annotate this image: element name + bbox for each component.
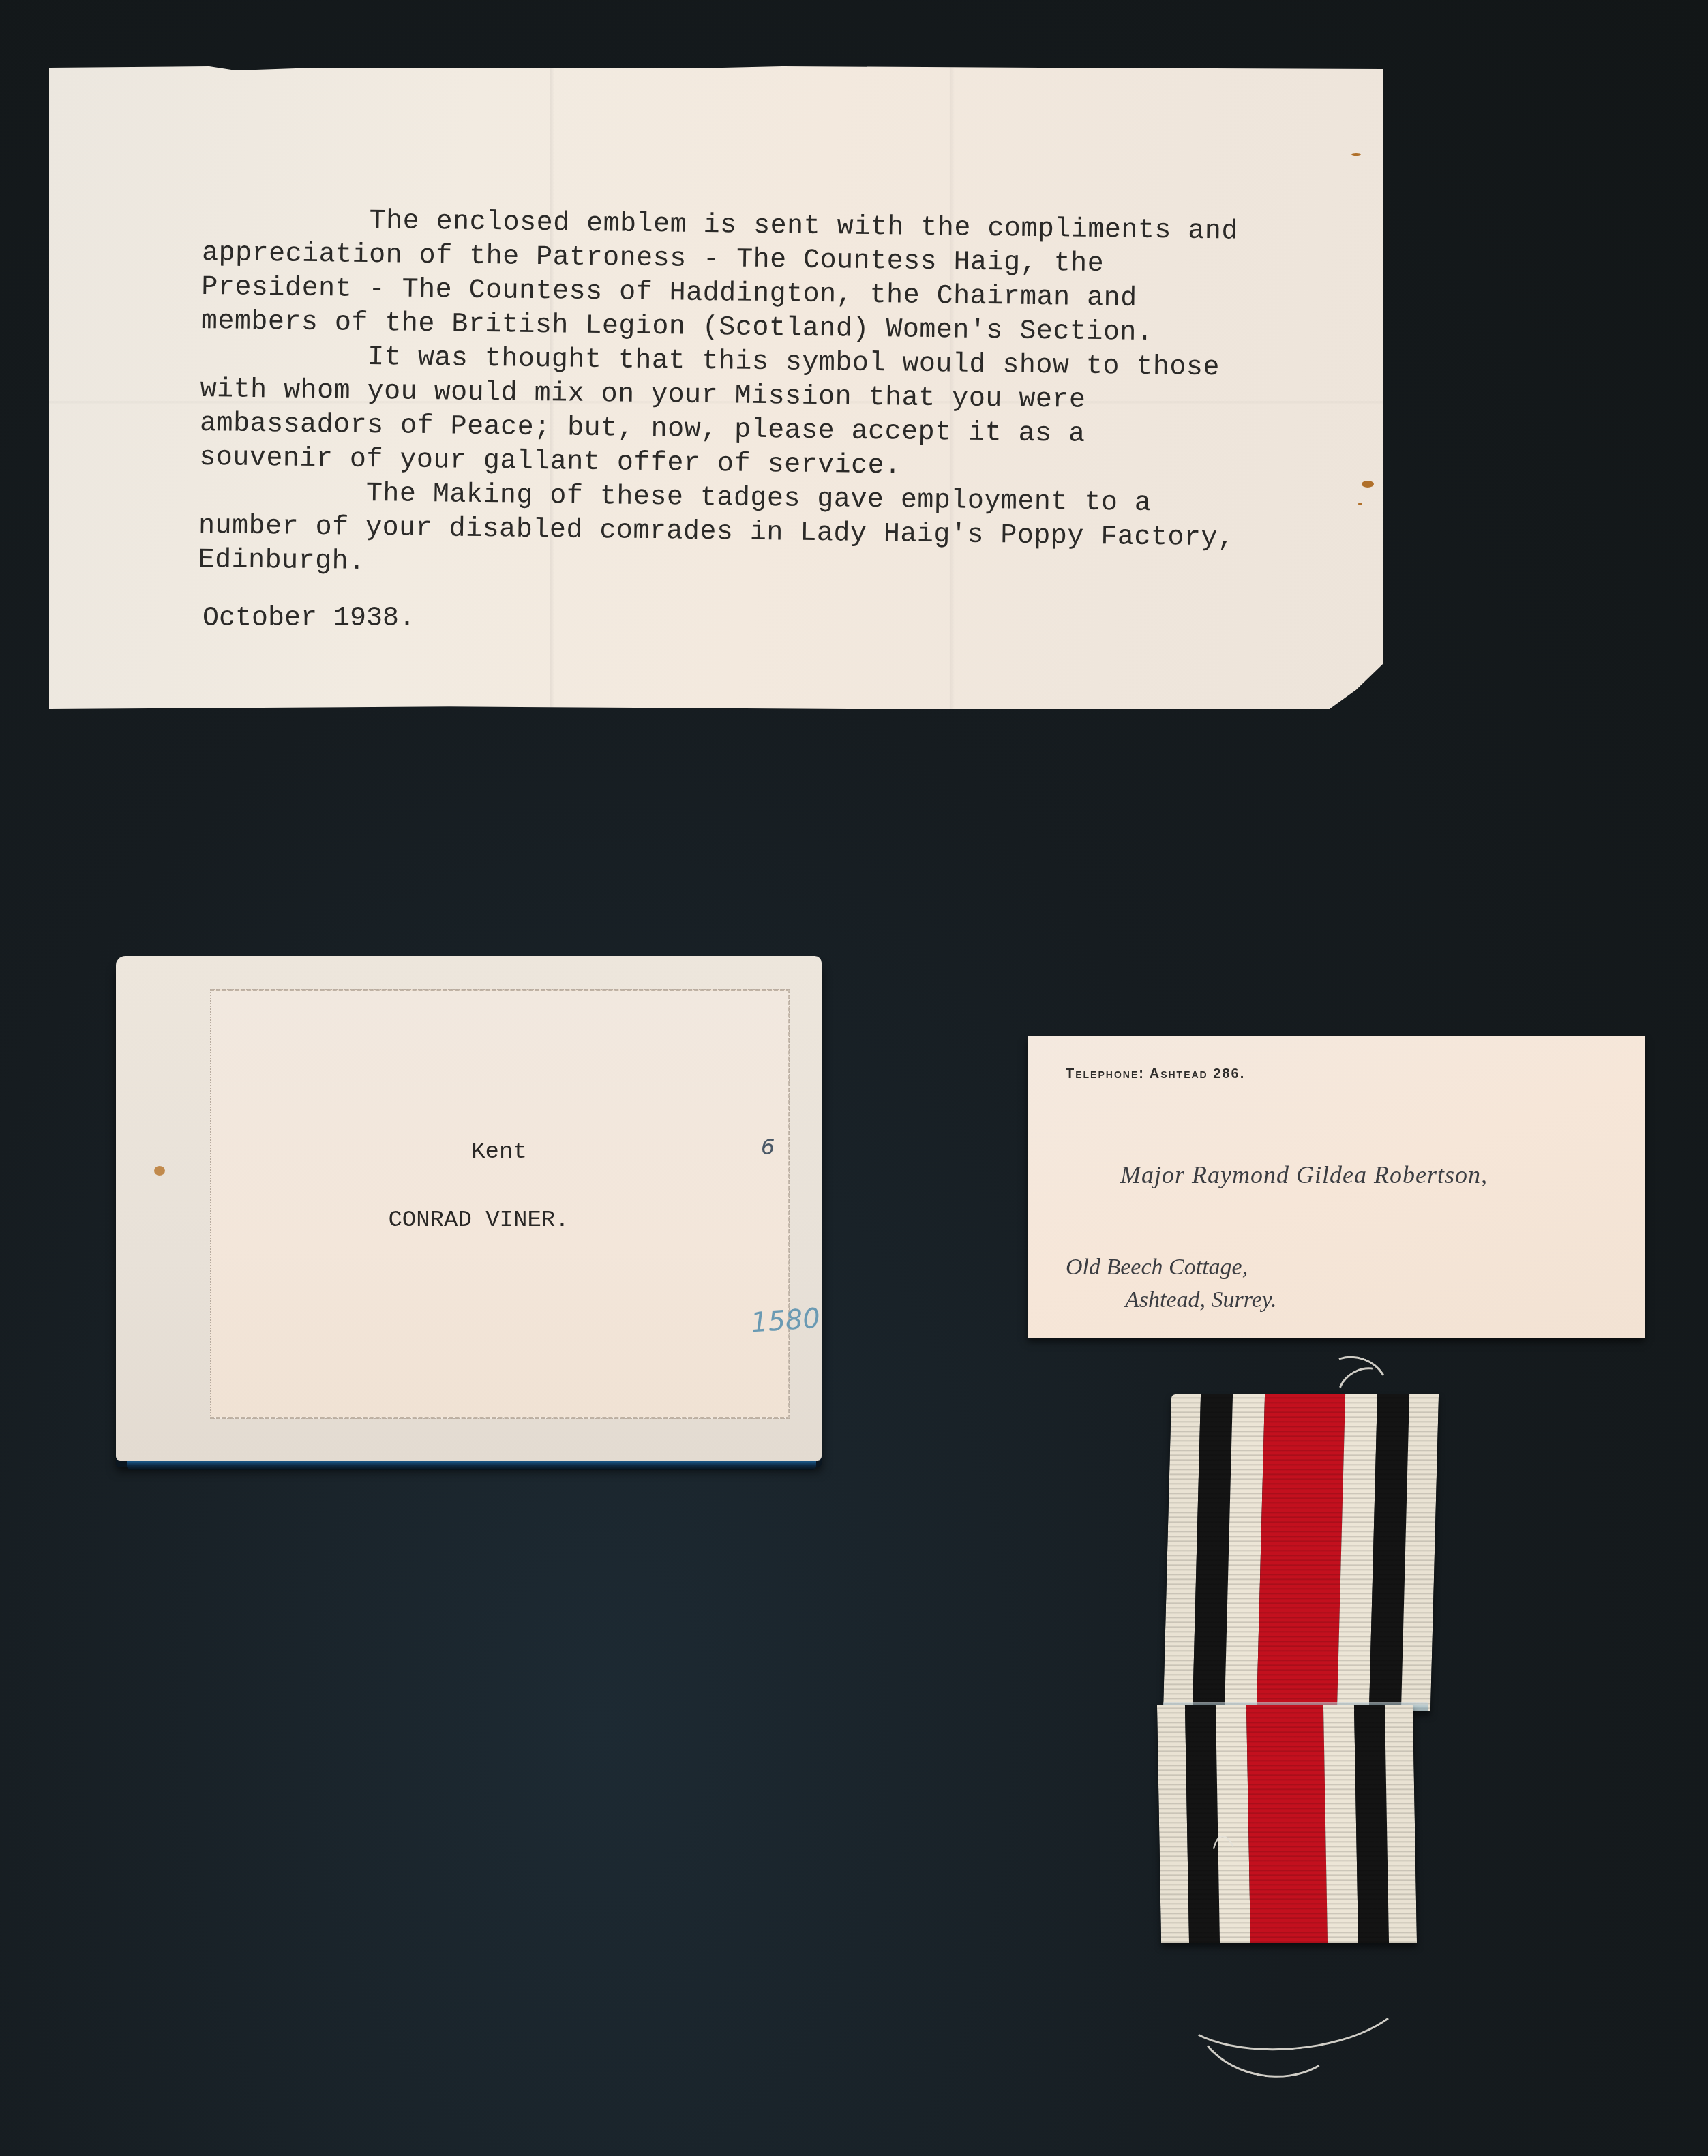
- badge-box: Kent CONRAD VINER. 6 1580: [116, 956, 822, 1461]
- letter-date: October 1938.: [203, 603, 415, 634]
- letter-body: The enclosed emblem is sent with the com…: [198, 203, 1362, 592]
- ribbon-stripe: [1257, 1394, 1345, 1711]
- typed-letter: The enclosed emblem is sent with the com…: [49, 66, 1383, 709]
- calling-card: Telephone: Ashtead 286. Major Raymond Gi…: [1028, 1036, 1645, 1338]
- medal-ribbon: [1118, 1357, 1432, 2121]
- box-label-name: CONRAD VINER.: [210, 1208, 788, 1233]
- rust-spot: [1362, 481, 1374, 488]
- card-address-line-2: Ashtead, Surrey.: [1125, 1287, 1277, 1313]
- pencil-number: 1580: [750, 1303, 822, 1339]
- ribbon-upper-fold: [1163, 1394, 1439, 1711]
- box-label: Kent CONRAD VINER. 6 1580: [210, 989, 790, 1419]
- mount-board: The enclosed emblem is sent with the com…: [0, 0, 1708, 2156]
- ribbon-stripe: [1354, 1705, 1389, 1943]
- card-telephone: Telephone: Ashtead 286.: [1066, 1066, 1245, 1082]
- box-label-county: Kent: [210, 1139, 788, 1165]
- ribbon-stripe: [1323, 1705, 1358, 1943]
- box-base-edge: [127, 1461, 816, 1470]
- stain: [154, 1166, 165, 1176]
- rust-spot: [1351, 153, 1361, 156]
- rust-spot: [1358, 503, 1362, 505]
- ribbon-stripe: [1246, 1705, 1328, 1943]
- pencil-mark: 6: [761, 1134, 775, 1160]
- ribbon-stripe: [1385, 1705, 1417, 1943]
- ribbon-lower-fold: [1157, 1705, 1417, 1943]
- ribbon-stripe: [1157, 1705, 1189, 1943]
- card-address-line-1: Old Beech Cottage,: [1066, 1255, 1248, 1281]
- card-name: Major Raymond Gildea Robertson,: [1120, 1161, 1488, 1189]
